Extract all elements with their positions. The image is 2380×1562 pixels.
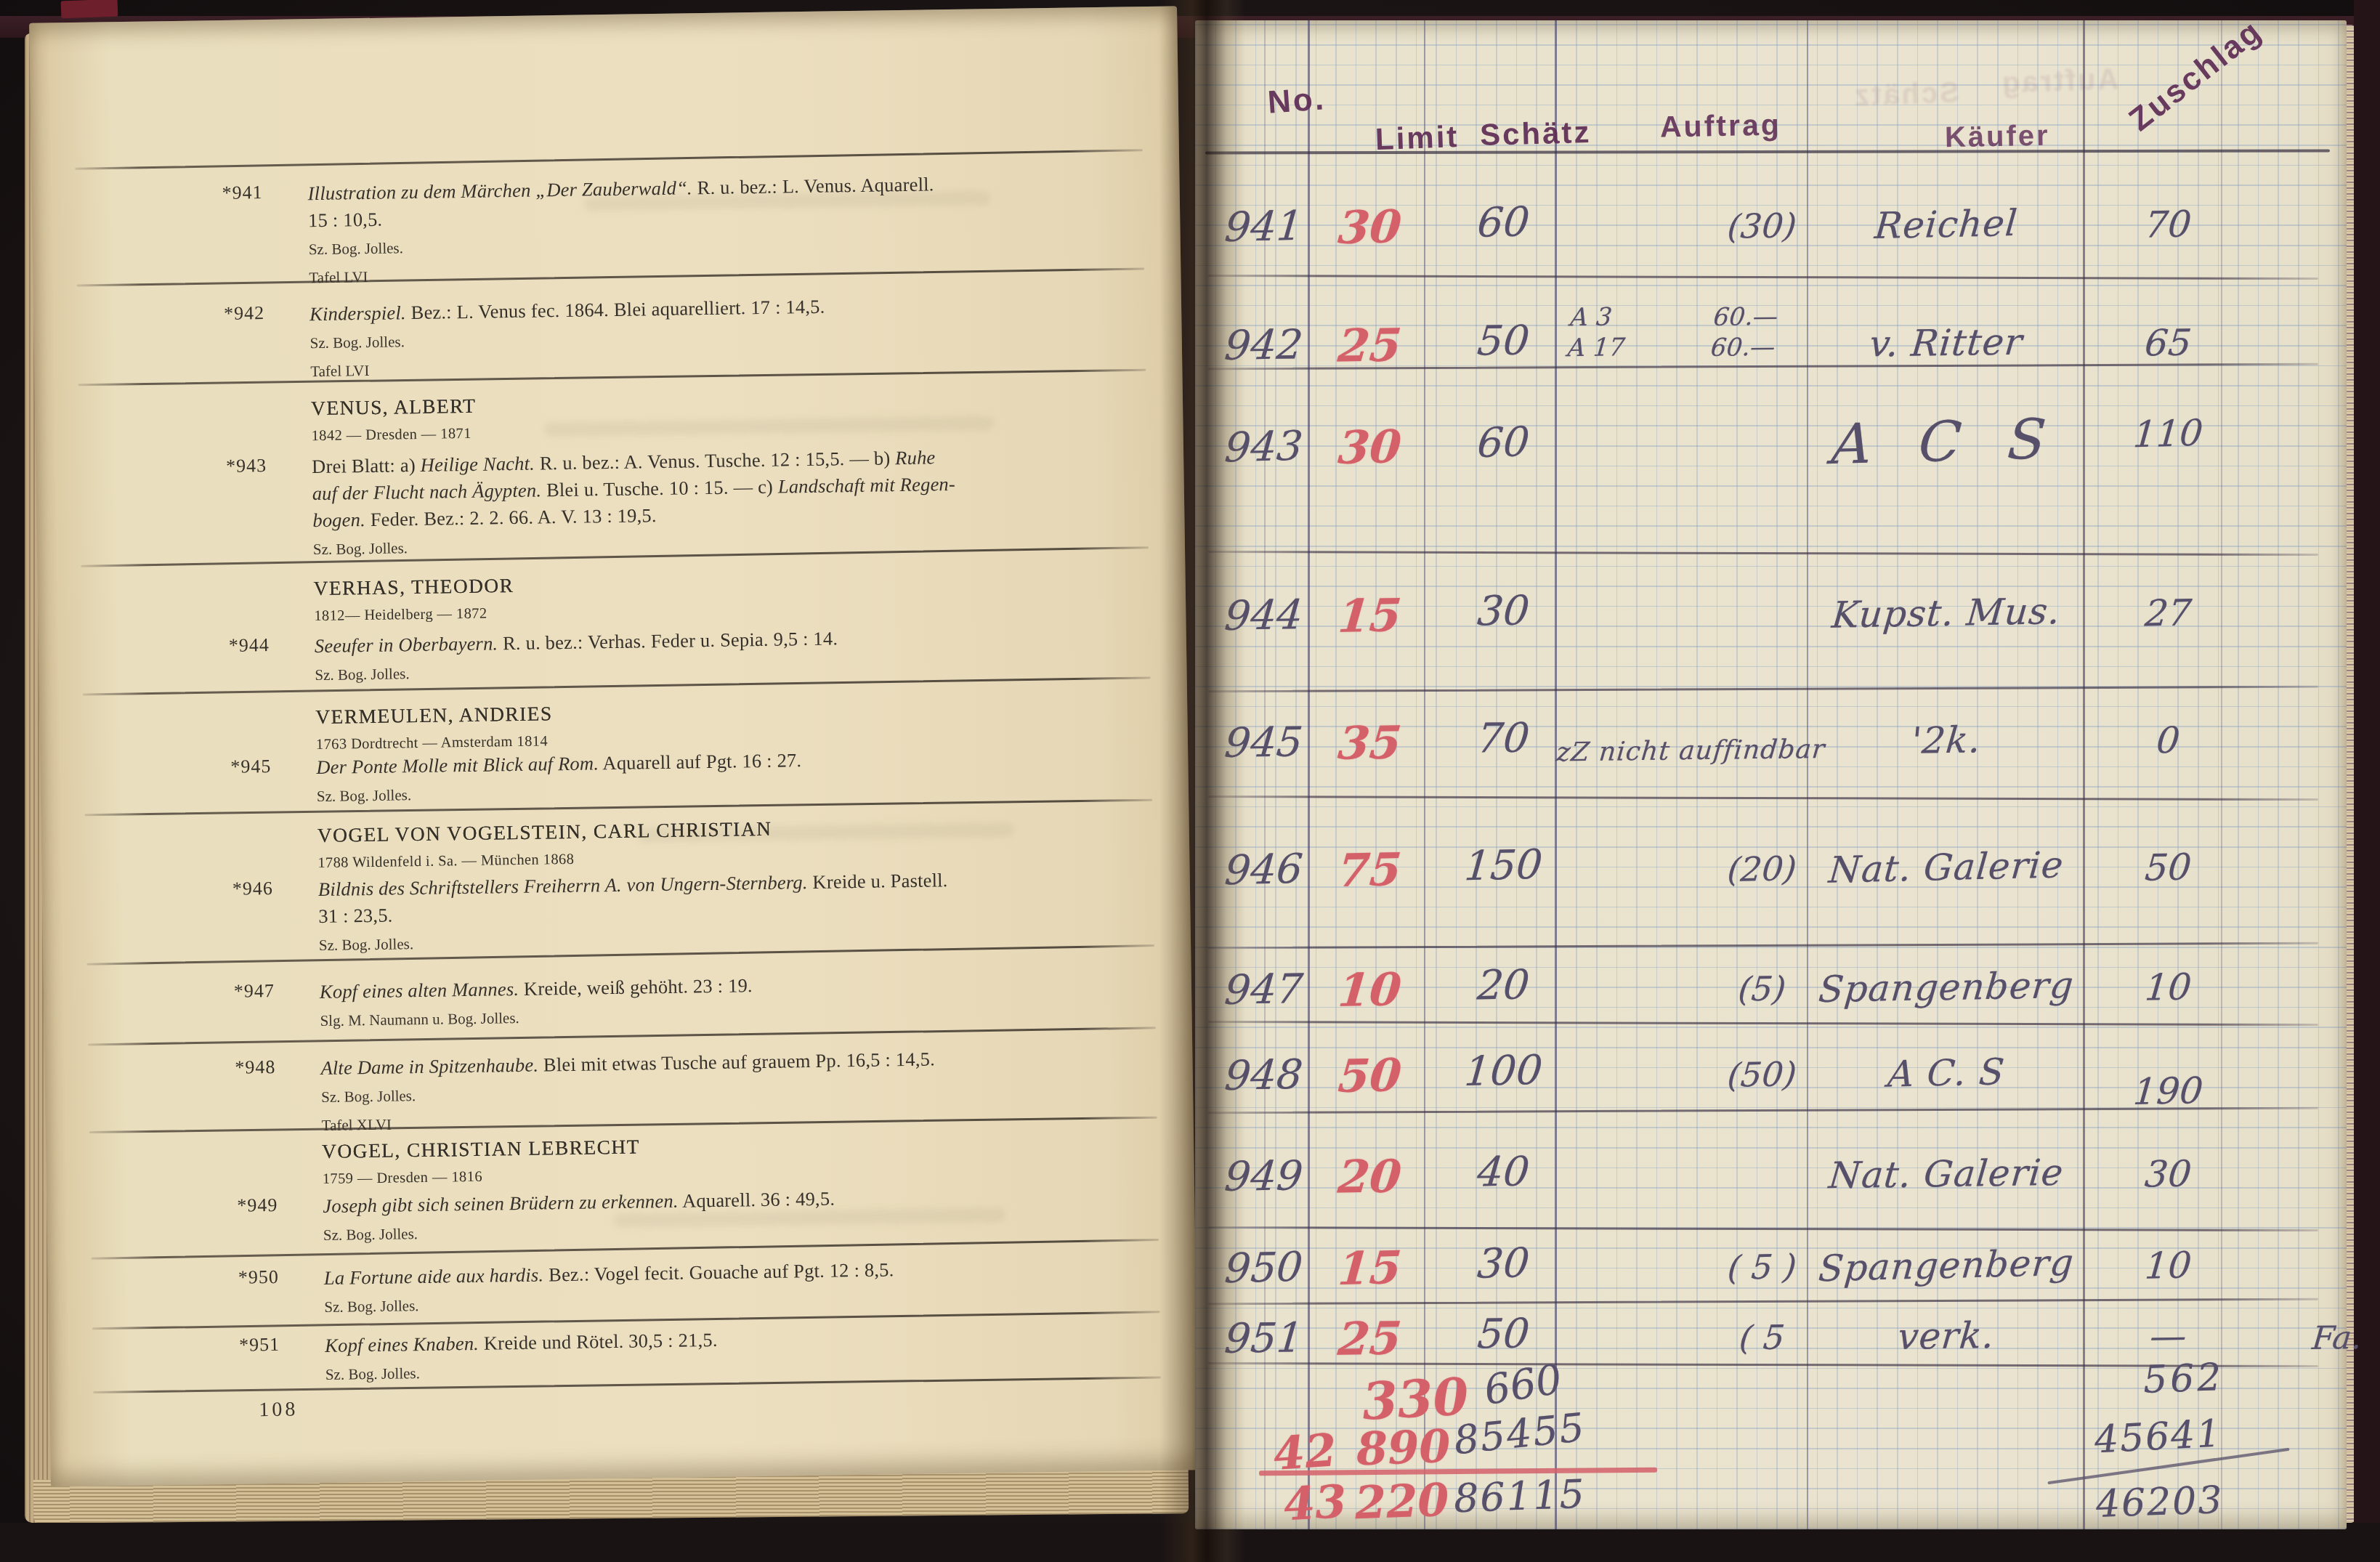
cell-zuschlag: 10 (2102, 1243, 2233, 1288)
cell-limit: 25 (1315, 1311, 1425, 1366)
artist-dates: 1759 — Dresden — 1816 (323, 1167, 641, 1188)
cell-limit: 50 (1315, 1048, 1425, 1103)
catalog-number: *941 (222, 182, 262, 204)
artist-dates: 1788 Wildenfeld i. Sa. — München 1868 (317, 849, 772, 872)
total-zuschlag-1: 45641 (2094, 1412, 2223, 1462)
cell-zuschlag: — (2102, 1314, 2233, 1359)
cell-limit: 25 (1315, 318, 1425, 373)
cell-limit: 20 (1315, 1149, 1425, 1204)
catalog-number: *948 (235, 1056, 275, 1079)
column-rule-kaufer-zuschlag (2083, 20, 2085, 1529)
cell-kaufer: A C. S (1787, 1048, 2105, 1097)
cell-zuschlag: 70 (2102, 202, 2233, 247)
column-header-no: No. (1266, 81, 1327, 121)
cell-kaufer: v. Ritter (1787, 320, 2105, 366)
catalog-number: *943 (226, 455, 267, 477)
cell-schatz: 150 (1434, 841, 1573, 891)
ledger-row-separator (1208, 942, 2318, 950)
right-ledger-page: No. Limit Schätz Auftrag Käufer Zuschlag… (1195, 20, 2347, 1529)
ledger-row-separator (1208, 686, 2318, 693)
cell-schatz: 60 (1434, 198, 1573, 248)
artist-heading: VERMEULEN, ANDRIES1763 Dordtrecht — Amst… (315, 702, 553, 753)
cell-limit: 75 (1315, 842, 1425, 897)
scanned-auction-catalog-book: *941Illustration zu dem Märchen „Der Zau… (0, 0, 2380, 1562)
total-schatz-1: 85455 (1452, 1404, 1587, 1464)
cell-zuschlag: 27 (2102, 591, 2233, 635)
artist-heading: VENUS, ALBERT1842 — Dresden — 1871 (311, 394, 477, 445)
artist-dates: 1763 Dordtrecht — Amsterdam 1814 (316, 733, 553, 753)
ledger-row-separator (1208, 551, 2318, 556)
artist-name: VOGEL, CHRISTIAN LEBRECHT (322, 1136, 640, 1163)
cell-zuschlag: 0 (2102, 719, 2234, 762)
cell-kaufer: '2k. (1787, 717, 2105, 763)
artist-dates: 1812— Heidelberg — 1872 (314, 605, 514, 625)
artist-heading: VOGEL VON VOGELSTEIN, CARL CHRISTIAN1788… (317, 817, 773, 872)
cell-lot-number: 947 (1209, 966, 1319, 1015)
artist-name: VERHAS, THEODOR (313, 574, 514, 600)
artist-name: VERMEULEN, ANDRIES (315, 702, 553, 729)
total-zuschlag-subtotal: 562 (2142, 1356, 2225, 1402)
cell-limit: 30 (1315, 419, 1425, 475)
cell-lot-number: 951 (1209, 1314, 1319, 1363)
cell-schatz: 60 (1434, 418, 1573, 469)
entry-separator-rule (75, 149, 1143, 170)
cell-lot-number: 949 (1209, 1152, 1319, 1201)
cell-zuschlag: 65 (2102, 321, 2234, 365)
catalog-entry: *943Drei Blatt: a) Heilige Nacht. R. u. … (226, 440, 1229, 561)
cell-kaufer: Spangenberg (1787, 963, 2105, 1011)
header-underline (1205, 149, 2330, 154)
cell-schatz: 50 (1434, 317, 1573, 366)
cell-auftrag-codes: A 3A 17 (1566, 301, 1703, 364)
bleed-through-stamp-ghost: Auftrag (1999, 63, 2119, 100)
cell-kaufer: Reichel (1787, 200, 2105, 248)
cell-zuschlag: 110 (2103, 411, 2234, 457)
cell-limit: 15 (1315, 1240, 1425, 1296)
cell-lot-number: 944 (1209, 591, 1319, 641)
column-header-schatz: Schätz (1479, 115, 1592, 153)
total-limit-1: 890 (1356, 1420, 1452, 1476)
catalog-entry: *948Alte Dame in Spitzenhaube. Blei mit … (235, 1041, 1237, 1137)
cell-zuschlag: 190 (2102, 1069, 2233, 1114)
cell-limit: 35 (1315, 716, 1425, 770)
ledger-row-separator (1208, 1226, 2318, 1231)
catalog-entry: *941Illustration zu dem Märchen „Der Zau… (222, 166, 1224, 289)
bleed-through-stamp-ghost: Schätz (1852, 76, 1959, 113)
plate-reference: Tafel XLVI (321, 1101, 1236, 1136)
ledger-row-separator (1208, 1021, 2318, 1026)
cell-kaufer: Spangenberg (1787, 1241, 2105, 1291)
column-rule-zuschlag-right (2221, 20, 2222, 1529)
cell-lot-number: 946 (1209, 845, 1319, 894)
cell-schatz: 100 (1434, 1046, 1573, 1096)
cell-schatz: 40 (1434, 1148, 1573, 1197)
artist-name: VOGEL VON VOGELSTEIN, CARL CHRISTIAN (317, 817, 772, 847)
artist-heading: VERHAS, THEODOR1812— Heidelberg — 1872 (313, 574, 514, 625)
catalog-number: *944 (229, 634, 270, 657)
plate-reference: Tafel LVI (309, 253, 1224, 288)
plate-reference: Tafel LVI (310, 347, 1226, 382)
catalog-number: *950 (238, 1266, 279, 1289)
catalog-entry: *946Bildnis des Schriftstellers Freiherr… (232, 862, 1234, 957)
total-zuschlag-2: 46203 (2095, 1478, 2224, 1526)
catalog-number: *946 (232, 878, 273, 900)
catalog-entry: *951Kopf eines Knaben. Kreide und Rötel.… (239, 1319, 1241, 1386)
column-header-auftrag: Auftrag (1660, 108, 1782, 145)
artist-dates: 1842 — Dresden — 1871 (311, 426, 477, 445)
cell-kaufer: verk. (1787, 1313, 2105, 1360)
artist-name: VENUS, ALBERT (311, 394, 477, 420)
catalog-number: *949 (237, 1194, 278, 1217)
cell-kaufer: A C S (1786, 405, 2106, 477)
cell-lot-number: 943 (1209, 422, 1318, 472)
cell-lot-number: 945 (1209, 719, 1319, 767)
catalog-entry: *942Kinderspiel. Bez.: L. Venus fec. 186… (224, 287, 1226, 383)
left-page: *941Illustration zu dem Märchen „Der Zau… (29, 6, 1199, 1486)
catalog-number: *942 (224, 302, 264, 325)
catalog-entry: *944Seeufer in Oberbayern. R. u. bez.: V… (229, 619, 1231, 687)
cell-lot-number: 942 (1209, 321, 1319, 370)
ledger-row-separator (1208, 1298, 2318, 1306)
catalog-number: *945 (230, 756, 271, 778)
total-carry-2: 43 (1282, 1475, 1348, 1531)
catalog-entry: *949Joseph gibt sich seinen Brüdern zu e… (237, 1179, 1239, 1247)
column-header-zuschlag: Zuschlag (2123, 13, 2270, 139)
artist-heading: VOGEL, CHRISTIAN LEBRECHT1759 — Dresden … (322, 1136, 640, 1188)
cell-extra-note: Fa. (2311, 1319, 2380, 1357)
cell-zuschlag: 10 (2102, 965, 2233, 1009)
cell-kaufer: Kupst. Mus. (1787, 589, 2105, 637)
column-header-kaufer: Käufer (1945, 120, 2050, 155)
cell-limit: 15 (1315, 588, 1425, 644)
cell-zuschlag: 50 (2102, 845, 2233, 890)
cell-lot-number: 941 (1209, 202, 1319, 251)
page-number: 108 (259, 1399, 298, 1423)
cell-lot-number: 950 (1209, 1243, 1319, 1293)
catalog-entry: *947Kopf eines alten Mannes. Kreide, wei… (234, 965, 1236, 1032)
bleed-through-smudge (543, 416, 994, 437)
left-page-content: *941Illustration zu dem Märchen „Der Zau… (29, 6, 1177, 23)
catalog-entry: *950La Fortune aide aux hardis. Bez.: Vo… (238, 1251, 1240, 1319)
cell-limit: 10 (1315, 963, 1425, 1018)
cell-kaufer: Nat. Galerie (1787, 843, 2105, 892)
total-limit-2: 220 (1354, 1473, 1450, 1529)
cell-schatz: 50 (1434, 1310, 1573, 1359)
ledger-row-separator (1208, 796, 2318, 801)
cell-schatz: 30 (1434, 1239, 1573, 1290)
cell-kaufer: Nat. Galerie (1787, 1151, 2105, 1197)
cell-schatz: 20 (1434, 960, 1573, 1010)
catalog-number: *951 (239, 1334, 280, 1356)
total-schatz-2: 86115 (1453, 1471, 1587, 1521)
cell-schatz: 30 (1434, 586, 1573, 636)
spine-red-mark (61, 0, 118, 18)
ledger-row-separator (1208, 275, 2318, 280)
cell-schatz: 70 (1434, 714, 1573, 763)
cell-limit: 30 (1315, 199, 1425, 254)
catalog-number: *947 (234, 980, 275, 1003)
cell-zuschlag: 30 (2102, 1152, 2234, 1196)
cell-lot-number: 948 (1209, 1051, 1319, 1100)
